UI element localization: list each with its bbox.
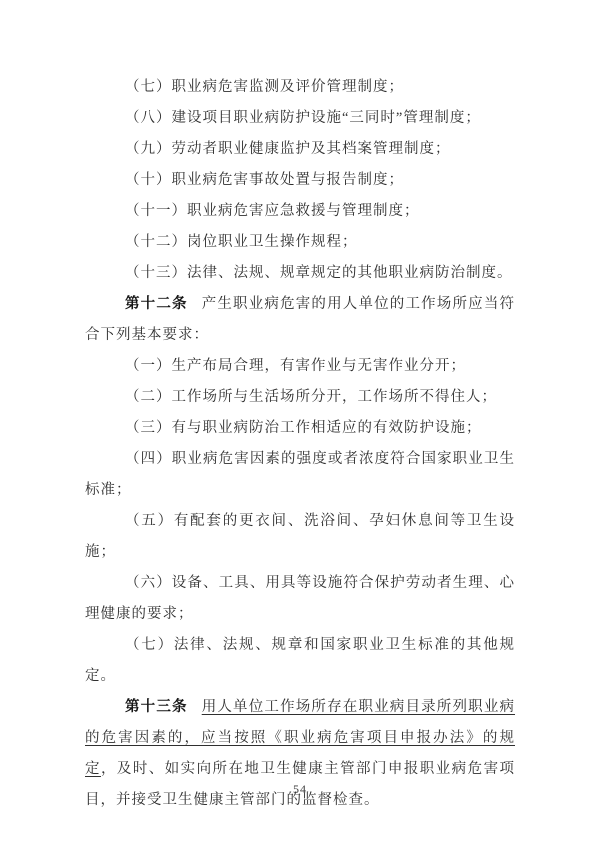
clause-item-12: （十二）岗位职业卫生操作规程； <box>85 227 515 258</box>
clause-item-11: （十一）职业病危害应急救援与管理制度； <box>85 196 515 227</box>
article-13-paragraph: 第十三条用人单位工作场所存在职业病目录所列职业病的危害因素的，应当按照《职业病危… <box>85 692 515 816</box>
requirement-item-6: （六）设备、工具、用具等设施符合保护劳动者生理、心理健康的要求； <box>85 568 515 630</box>
article-12-label: 第十二条 <box>125 296 188 312</box>
requirement-item-4: （四）职业病危害因素的强度或者浓度符合国家职业卫生标准； <box>85 444 515 506</box>
clause-item-13: （十三）法律、法规、规章规定的其他职业病防治制度。 <box>85 258 515 289</box>
article-12-paragraph: 第十二条产生职业病危害的用人单位的工作场所应当符合下列基本要求： <box>85 289 515 351</box>
article-13-label: 第十三条 <box>125 699 188 715</box>
page-number: 54 <box>0 782 600 797</box>
clause-item-7: （七）职业病危害监测及评价管理制度； <box>85 72 515 103</box>
clause-item-10: （十）职业病危害事故处置与报告制度； <box>85 165 515 196</box>
requirement-item-2: （二）工作场所与生活场所分开，工作场所不得住人； <box>85 382 515 413</box>
requirement-item-1: （一）生产布局合理，有害作业与无害作业分开； <box>85 351 515 382</box>
requirement-item-7: （七）法律、法规、规章和国家职业卫生标准的其他规定。 <box>85 630 515 692</box>
requirement-item-3: （三）有与职业病防治工作相适应的有效防护设施； <box>85 413 515 444</box>
requirement-item-5: （五）有配套的更衣间、洗浴间、孕妇休息间等卫生设施； <box>85 506 515 568</box>
clause-item-9: （九）劳动者职业健康监护及其档案管理制度； <box>85 134 515 165</box>
document-page: （七）职业病危害监测及评价管理制度； （八）建设项目职业病防护设施“三同时”管理… <box>0 0 600 848</box>
document-body: （七）职业病危害监测及评价管理制度； （八）建设项目职业病防护设施“三同时”管理… <box>85 72 515 816</box>
clause-item-8: （八）建设项目职业病防护设施“三同时”管理制度； <box>85 103 515 134</box>
